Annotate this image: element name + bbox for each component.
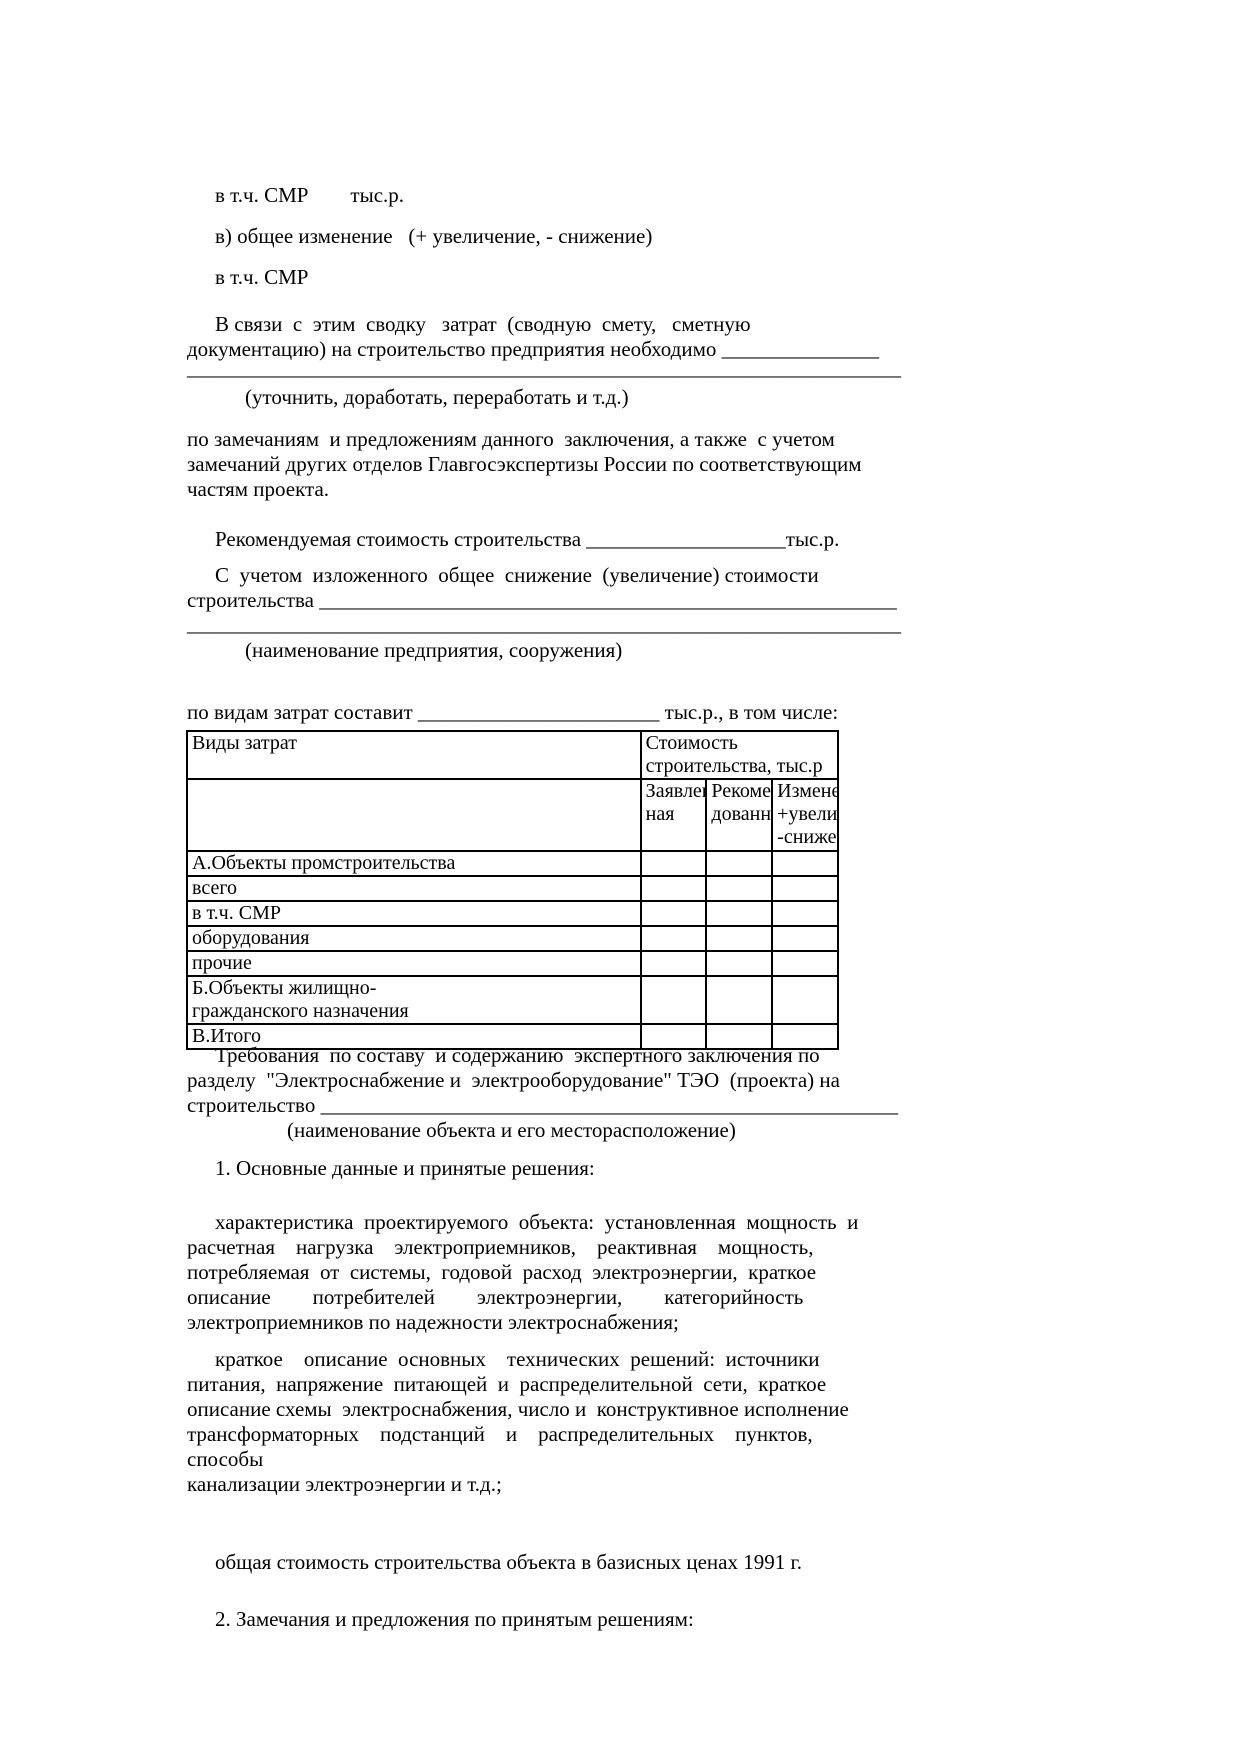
table-subheader-izmenenie: Изменение +увеличение -снижение bbox=[772, 779, 838, 851]
table-subheader-zayavlennaya: Заявлен- ная bbox=[641, 779, 707, 851]
line-vtch-smr: в т.ч. СМР bbox=[187, 265, 911, 290]
caption-utochnit: (уточнить, доработать, переработать и т.… bbox=[245, 385, 905, 410]
para-v-svyazi: В связи с этим сводку затрат (сводную см… bbox=[187, 312, 911, 362]
table-row: в т.ч. СМР bbox=[187, 901, 838, 926]
para-s-uchetom: С учетом изложенного общее снижение (уве… bbox=[187, 563, 911, 613]
empty-cell bbox=[706, 926, 772, 951]
empty-cell bbox=[641, 901, 707, 926]
table-subheader-rekomendovannaya: Рекомен- дованная bbox=[706, 779, 772, 851]
para-po-zamechaniyam: по замечаниям и предложениям данного зак… bbox=[187, 427, 911, 502]
empty-cell bbox=[641, 976, 707, 1024]
caption-naimenovanie-obekta: (наименование объекта и его месторасполо… bbox=[287, 1118, 907, 1143]
table-row: прочие bbox=[187, 951, 838, 976]
para-kratkoe-opisanie: краткое описание основных технических ре… bbox=[187, 1347, 911, 1497]
empty-cell bbox=[772, 901, 838, 926]
empty-cell bbox=[772, 926, 838, 951]
table-row: А.Объекты промстроительства bbox=[187, 851, 838, 876]
empty-cell bbox=[706, 951, 772, 976]
cost-table: Виды затрат Стоимость строительства, тыс… bbox=[186, 730, 839, 1050]
line-obshchaya-stoimost: общая стоимость строительства объекта в … bbox=[187, 1550, 911, 1575]
table-header-stoimost-group: Стоимость строительства, тыс.р bbox=[641, 731, 838, 779]
row-label-obekty-zhilishchno: Б.Объекты жилищно- гражданского назначен… bbox=[187, 976, 641, 1024]
para-trebovaniya: Требования по составу и содержанию экспе… bbox=[187, 1043, 911, 1118]
empty-cell bbox=[772, 976, 838, 1024]
empty-cell bbox=[772, 851, 838, 876]
empty-cell bbox=[706, 976, 772, 1024]
row-label-vsego: всего bbox=[187, 876, 641, 901]
empty-cell bbox=[706, 851, 772, 876]
document-page: в т.ч. СМР тыс.р. в) общее изменение (+ … bbox=[0, 0, 1240, 1755]
empty-cell bbox=[772, 876, 838, 901]
heading-osnovnye-dannye: 1. Основные данные и принятые решения: bbox=[187, 1156, 911, 1181]
para-kharakteristika: характеристика проектируемого объекта: у… bbox=[187, 1210, 911, 1335]
table-subheader-empty bbox=[187, 779, 641, 851]
row-label-oborudovaniya: оборудования bbox=[187, 926, 641, 951]
row-label-prochie: прочие bbox=[187, 951, 641, 976]
table-row: всего bbox=[187, 876, 838, 901]
line-rekomenduemaya-stoimost: Рекомендуемая стоимость строительства __… bbox=[187, 527, 911, 552]
line-po-vidam-zatrat: по видам затрат составит _______________… bbox=[187, 700, 911, 725]
table-row: оборудования bbox=[187, 926, 838, 951]
empty-cell bbox=[706, 901, 772, 926]
empty-cell bbox=[772, 951, 838, 976]
table-header-vidy-zatrat: Виды затрат bbox=[187, 731, 641, 779]
empty-cell bbox=[641, 851, 707, 876]
empty-cell bbox=[641, 951, 707, 976]
empty-cell bbox=[706, 876, 772, 901]
heading-zamechaniya: 2. Замечания и предложения по принятым р… bbox=[187, 1607, 911, 1632]
line-vtch-smr-tysr: в т.ч. СМР тыс.р. bbox=[187, 183, 911, 208]
row-label-vtch-smr: в т.ч. СМР bbox=[187, 901, 641, 926]
line-obshchee-izmenenie: в) общее изменение (+ увеличение, - сниж… bbox=[187, 224, 911, 249]
table-row: Б.Объекты жилищно- гражданского назначен… bbox=[187, 976, 838, 1024]
fill-in-underline-2: ________________________________________… bbox=[187, 612, 911, 637]
empty-cell bbox=[641, 876, 707, 901]
caption-naimenovanie-predpriyatiya: (наименование предприятия, сооружения) bbox=[245, 638, 905, 663]
empty-cell bbox=[641, 926, 707, 951]
row-label-obekty-promstroitelstva: А.Объекты промстроительства bbox=[187, 851, 641, 876]
fill-in-underline-1: ________________________________________… bbox=[187, 356, 911, 381]
